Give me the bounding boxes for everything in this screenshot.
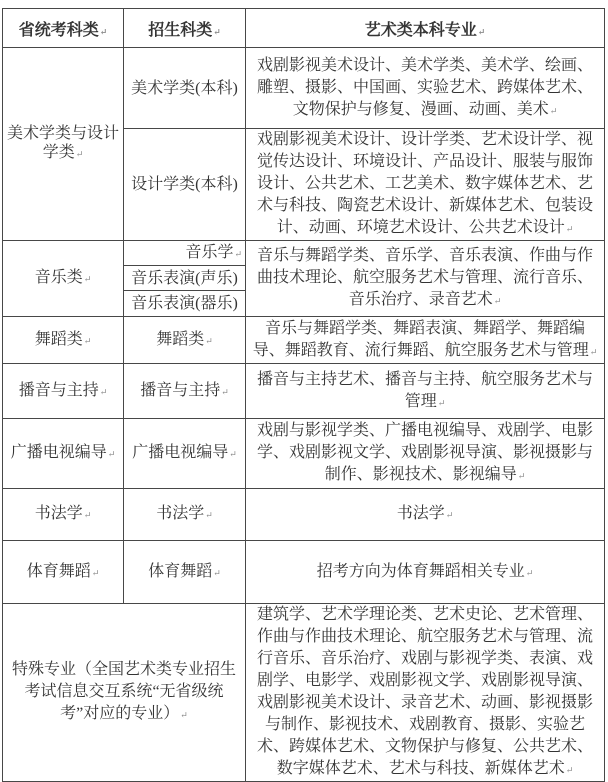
return-mark-icon: ↵ [84,510,92,520]
return-mark-icon: ↵ [566,224,574,234]
return-mark-icon: ↵ [205,336,213,346]
return-mark-icon: ↵ [446,510,454,520]
return-mark-icon: ↵ [550,106,558,116]
return-mark-icon: ↵ [84,336,92,346]
cell-majors-broadcast-hosting: 播音与主持艺术、播音与主持、航空服务艺术与管理↵ [246,364,605,419]
header-provincial-exam-category: 省统考科类↵ [3,9,124,48]
majors-mapping-table: 省统考科类↵ 招生科类↵ 艺术类本科专业↵ 美术学类与设计学类↵ 美术学类(本科… [2,8,605,782]
cell-majors-special: 建筑学、艺术学理论类、艺术史论、艺术管理、作曲与作曲技术理论、航空服务艺术与管理… [246,604,605,782]
majors-radio-tv-directing-text: 戏剧与影视学类、广播电视编导、戏剧学、电影学、戏剧影视文学、戏剧影视导演、影视摄… [257,422,593,483]
category-sports-dance-label: 体育舞蹈 [27,563,91,580]
return-mark-icon: ↵ [494,296,502,306]
cell-enrollment-broadcast-hosting: 播音与主持↵ [124,364,246,419]
enrollment-radio-tv-directing-label: 广播电视编导 [132,444,228,461]
header-enrollment-category-label: 招生科类 [148,22,212,39]
table-row-special-majors: 特殊专业（全国艺术类专业招生考试信息交互系统“无省级统考”对应的专业）↵ 建筑学… [3,604,605,782]
cell-category-special-majors: 特殊专业（全国艺术类专业招生考试信息交互系统“无省级统考”对应的专业）↵ [3,604,246,782]
enrollment-calligraphy-label: 书法学 [156,505,204,522]
table-row-broadcast-hosting: 播音与主持↵ 播音与主持↵ 播音与主持艺术、播音与主持、航空服务艺术与管理↵ [3,364,605,419]
cell-category-dance: 舞蹈类↵ [3,317,124,364]
header-art-undergrad-majors: 艺术类本科专业↵ [246,9,605,48]
cell-category-sports-dance: 体育舞蹈↵ [3,541,124,604]
majors-music-text: 音乐与舞蹈学类、音乐学、音乐表演、作曲与作曲技术理论、航空服务艺术与管理、流行音… [257,247,593,308]
enrollment-sports-dance-label: 体育舞蹈 [148,563,212,580]
return-mark-icon: ↵ [438,398,446,408]
majors-calligraphy-text: 书法学 [397,505,445,522]
category-music-label: 音乐类 [35,269,83,286]
majors-special-text: 建筑学、艺术学理论类、艺术史论、艺术管理、作曲与作曲技术理论、航空服务艺术与管理… [257,606,593,777]
cell-enrollment-design: 设计学类(本科) [124,129,246,241]
cell-category-music: 音乐类↵ [3,241,124,317]
return-mark-icon: ↵ [180,710,188,720]
cell-category-calligraphy: 书法学↵ [3,489,124,541]
return-mark-icon: ↵ [229,449,237,459]
table-row-radio-tv-directing: 广播电视编导↵ 广播电视编导↵ 戏剧与影视学类、广播电视编导、戏剧学、电影学、戏… [3,419,605,489]
return-mark-icon: ↵ [76,149,84,159]
table-row-music-musicology: 音乐类↵ 音乐学↵ 音乐与舞蹈学类、音乐学、音乐表演、作曲与作曲技术理论、航空服… [3,241,605,266]
cell-enrollment-radio-tv-directing: 广播电视编导↵ [124,419,246,489]
enrollment-broadcast-hosting-label: 播音与主持 [140,382,220,399]
cell-majors-design: 戏剧影视美术设计、设计学类、艺术设计学、视觉传达设计、环境设计、产品设计、服装与… [246,129,605,241]
return-mark-icon: ↵ [566,765,574,775]
return-mark-icon: ↵ [221,387,229,397]
header-provincial-exam-category-label: 省统考科类 [19,22,99,39]
majors-dance-text: 音乐与舞蹈学类、舞蹈表演、舞蹈学、舞蹈编导、舞蹈教育、流行舞蹈、航空服务艺术与管… [253,320,589,359]
enrollment-instrumental-label: 音乐表演(器乐) [131,295,238,312]
cell-category-radio-tv-directing: 广播电视编导↵ [3,419,124,489]
cell-majors-calligraphy: 书法学↵ [246,489,605,541]
return-mark-icon: ↵ [213,27,221,37]
table-row-calligraphy: 书法学↵ 书法学↵ 书法学↵ [3,489,605,541]
return-mark-icon: ↵ [100,27,108,37]
return-mark-icon: ↵ [518,471,526,481]
table-row-sports-dance: 体育舞蹈↵ 体育舞蹈↵ 招考方向为体育舞蹈相关专业↵ [3,541,605,604]
table-row-fine-arts: 美术学类与设计学类↵ 美术学类(本科) 戏剧影视美术设计、美术学类、美术学、绘画… [3,48,605,129]
cell-enrollment-sports-dance: 体育舞蹈↵ [124,541,246,604]
enrollment-vocal-label: 音乐表演(声乐) [131,270,238,287]
category-dance-label: 舞蹈类 [35,331,83,348]
enrollment-musicology-label: 音乐学 [185,244,233,261]
table-header-row: 省统考科类↵ 招生科类↵ 艺术类本科专业↵ [3,9,605,48]
return-mark-icon: ↵ [590,347,598,357]
header-art-undergrad-majors-label: 艺术类本科专业 [365,22,477,39]
return-mark-icon: ↵ [213,568,221,578]
enrollment-fine-arts-label: 美术学类(本科) [131,80,238,97]
cell-enrollment-musicology: 音乐学↵ [124,241,246,266]
cell-category-art-design: 美术学类与设计学类↵ [3,48,124,241]
return-mark-icon: ↵ [84,274,92,284]
enrollment-design-label: 设计学类(本科) [131,176,238,193]
return-mark-icon: ↵ [526,568,534,578]
cell-enrollment-instrumental: 音乐表演(器乐) [124,291,246,317]
category-broadcast-hosting-label: 播音与主持 [19,382,99,399]
majors-fine-arts-text: 戏剧影视美术设计、美术学类、美术学、绘画、雕塑、摄影、中国画、实验艺术、跨媒体艺… [257,57,593,118]
return-mark-icon: ↵ [234,249,242,259]
return-mark-icon: ↵ [92,568,100,578]
category-radio-tv-directing-label: 广播电视编导 [11,444,107,461]
majors-broadcast-hosting-text: 播音与主持艺术、播音与主持、航空服务艺术与管理 [257,371,593,410]
cell-enrollment-vocal: 音乐表演(声乐) [124,266,246,291]
header-enrollment-category: 招生科类↵ [124,9,246,48]
category-calligraphy-label: 书法学 [35,505,83,522]
cell-enrollment-fine-arts: 美术学类(本科) [124,48,246,129]
return-mark-icon: ↵ [100,387,108,397]
category-art-design-label: 美术学类与设计学类 [7,125,119,161]
cell-majors-sports-dance: 招考方向为体育舞蹈相关专业↵ [246,541,605,604]
return-mark-icon: ↵ [205,510,213,520]
table-row-dance: 舞蹈类↵ 舞蹈类↵ 音乐与舞蹈学类、舞蹈表演、舞蹈学、舞蹈编导、舞蹈教育、流行舞… [3,317,605,364]
cell-majors-fine-arts: 戏剧影视美术设计、美术学类、美术学、绘画、雕塑、摄影、中国画、实验艺术、跨媒体艺… [246,48,605,129]
enrollment-dance-label: 舞蹈类 [156,331,204,348]
cell-majors-music: 音乐与舞蹈学类、音乐学、音乐表演、作曲与作曲技术理论、航空服务艺术与管理、流行音… [246,241,605,317]
majors-sports-dance-text: 招考方向为体育舞蹈相关专业 [317,563,525,580]
return-mark-icon: ↵ [108,449,116,459]
cell-majors-radio-tv-directing: 戏剧与影视学类、广播电视编导、戏剧学、电影学、戏剧影视文学、戏剧影视导演、影视摄… [246,419,605,489]
cell-category-broadcast-hosting: 播音与主持↵ [3,364,124,419]
majors-design-text: 戏剧影视美术设计、设计学类、艺术设计学、视觉传达设计、环境设计、产品设计、服装与… [257,131,593,236]
cell-enrollment-calligraphy: 书法学↵ [124,489,246,541]
return-mark-icon: ↵ [478,27,486,37]
cell-enrollment-dance: 舞蹈类↵ [124,317,246,364]
cell-majors-dance: 音乐与舞蹈学类、舞蹈表演、舞蹈学、舞蹈编导、舞蹈教育、流行舞蹈、航空服务艺术与管… [246,317,605,364]
category-special-majors-label: 特殊专业（全国艺术类专业招生考试信息交互系统“无省级统考”对应的专业） [12,661,236,722]
